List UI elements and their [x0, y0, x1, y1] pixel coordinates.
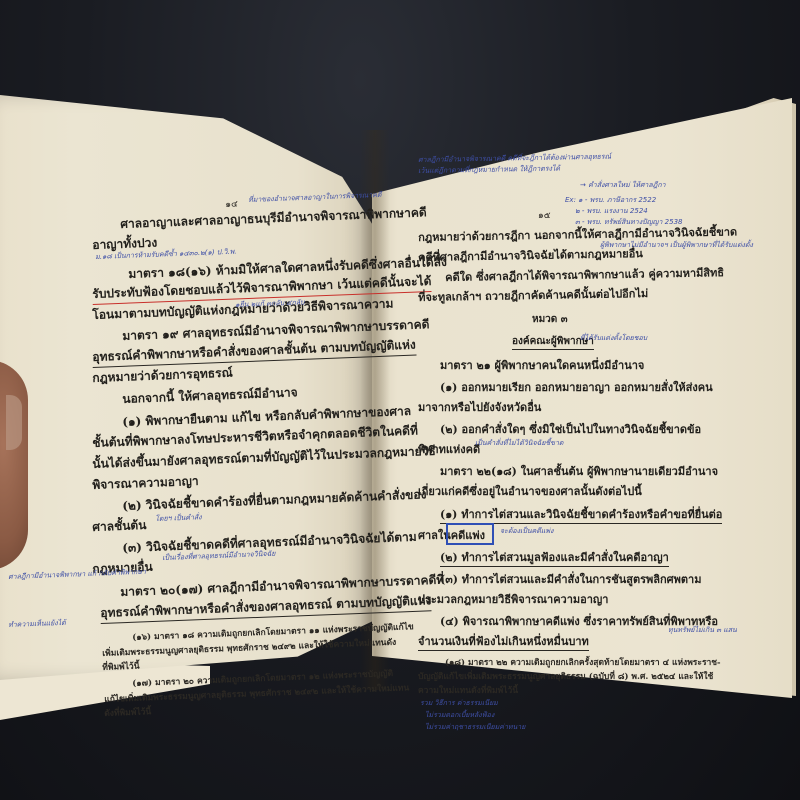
text-line: (๒) ออกคำสั่งใดๆ ซึ่งมิใช่เป็นไปในทางวิน…: [440, 420, 701, 438]
text-line: ประมวลกฎหมายวิธีพิจารณาความอาญา: [418, 590, 609, 608]
left-page-number: ๑๔: [225, 197, 238, 211]
annotation: ที่ได้รับแต่งตั้งโดยชอบ: [580, 333, 647, 344]
thumb: [0, 360, 28, 570]
text-line: มาตรา ๒๒(๑๘) ในศาลชั้นต้น ผู้พิพากษานายเ…: [440, 462, 718, 480]
text-line: เกี่ยวแก่คดีซึ่งอยู่ในอำนาจของศาลนั้นดัง…: [418, 482, 642, 500]
text-line: มาตรา ๒๑ ผู้พิพากษาคนใดคนหนึ่งมีอำนาจ: [440, 356, 644, 374]
annotation: ผู้พิพากษาไม่มีอำนาจฯ เป็นผู้พิพากษาที่ไ…: [600, 240, 753, 251]
annotation: รวม วิธีการ ค่าธรรมเนียม: [420, 698, 498, 709]
annotation: Ex: ๑ - พรบ. ภาษีอากร 2522: [565, 195, 656, 206]
footnote: ความใหม่แทนดังที่พิมพ์ไว้นี้: [418, 683, 518, 697]
annotation: ไม่รวมค่าฤชาธรรมเนียมค่าทนาย: [425, 722, 525, 733]
text-line: ศาลชั้นต้น: [92, 516, 147, 537]
right-page-number: ๑๕: [538, 208, 551, 222]
annotation: โดยฯ เป็นคำสั่ง: [155, 512, 202, 525]
annotation: ไม่รวมดอกเบี้ยหลังฟ้อง: [425, 710, 494, 721]
thumbnail: [6, 395, 22, 450]
footnote: ที่พิมพ์ไว้นี้: [102, 659, 140, 674]
annotation: → คำสั่งศาลใหม่ ให้ศาลฎีกา: [580, 180, 666, 191]
text-line: จำนวนเงินที่ฟ้องไม่เกินหนึ่งหมื่นบาท: [418, 632, 589, 651]
annotation: เป็นคำสั่งที่ไม่ได้วินิจฉัยชี้ขาด: [475, 438, 563, 449]
annotation: ๒ - พรบ. แรงงาน 2524: [575, 206, 648, 217]
footnote: ดังที่พิมพ์ไว้นี้: [104, 704, 151, 720]
text-line: พิจารณาความอาญา: [92, 472, 199, 495]
text-line: มาจากหรือไปยังจังหวัดอื่น: [418, 398, 541, 416]
footnote: (๑๘) มาตรา ๒๒ ความเดิมถูกยกเลิกครั้งสุดท…: [445, 655, 721, 669]
chapter-heading: หมวด ๓: [532, 312, 568, 327]
handwritten-box: [446, 523, 494, 545]
text-line: (๑) ทำการไต่สวนและวินิจฉัยชี้ขาดคำร้องหร…: [440, 505, 722, 524]
annotation: จะต้องเป็นคดีแพ่ง: [500, 526, 553, 537]
text-line: (๒) ทำการไต่สวนมูลฟ้องและมีคำสั่งในคดีอา…: [440, 548, 669, 567]
text-line: (๑) ออกหมายเรียก ออกหมายอาญา ออกหมายสั่ง…: [440, 378, 713, 396]
annotation: ทุนทรัพย์ไม่เกิน ๓ แสน: [668, 625, 737, 636]
annotation: ทำความเห็นแย้งได้: [8, 618, 66, 631]
footnote: บัญญัติแก้ไขเพิ่มเติมพระธรรมนูญศาลยุติธร…: [418, 669, 713, 683]
text-line: พิพาทแห่งคดี: [418, 440, 480, 458]
text-line: (๓) ทำการไต่สวนและมีคำสั่งในการชันสูตรพล…: [440, 570, 701, 588]
